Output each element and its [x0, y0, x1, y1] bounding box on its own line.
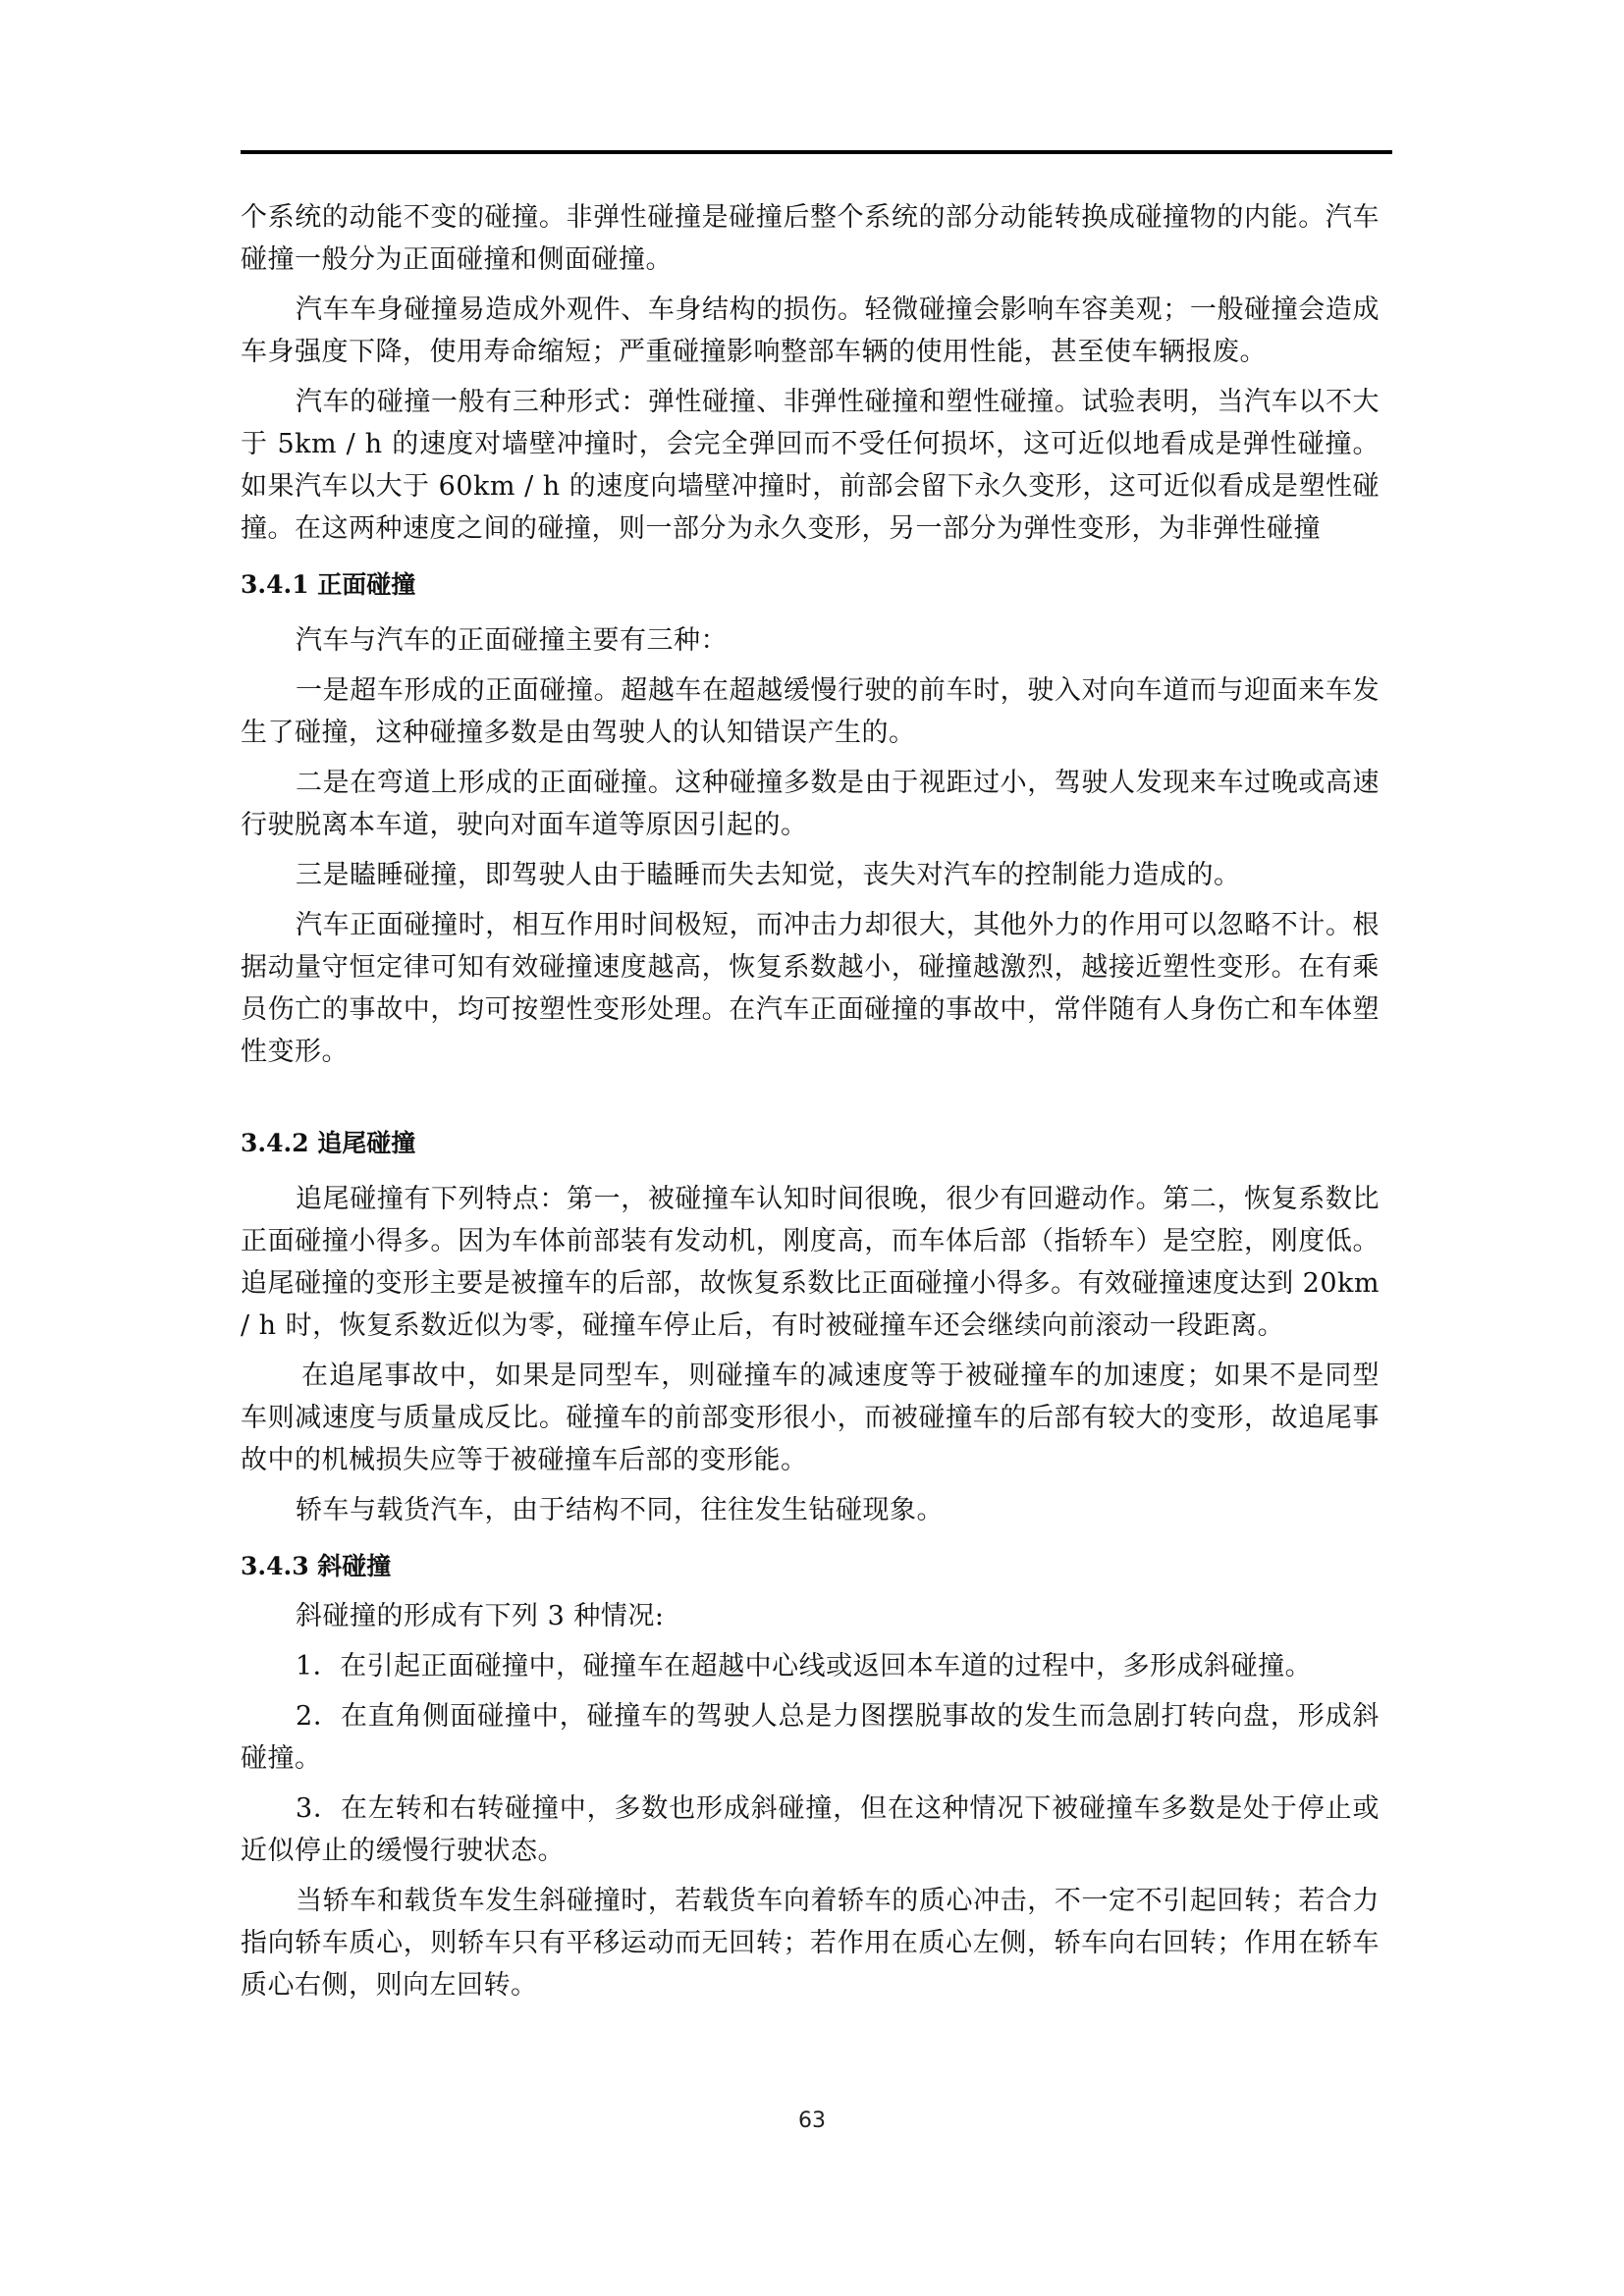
intro-paragraph-1: 个系统的动能不变的碰撞。非弹性碰撞是碰撞后整个系统的部分动能转换成碰撞物的内能。… — [241, 196, 1380, 281]
rear-end-paragraph-3: 轿车与载货汽车，由于结构不同，往往发生钻碰现象。 — [241, 1489, 1380, 1531]
frontal-paragraph-5: 汽车正面碰撞时，相互作用时间极短，而冲击力却很大，其他外力的作用可以忽略不计。根… — [241, 904, 1380, 1073]
section-heading-rear-end-collision: 3.4.2 追尾碰撞 — [241, 1122, 1380, 1164]
frontal-paragraph-3: 二是在弯道上形成的正面碰撞。这种碰撞多数是由于视距过小，驾驶人发现来车过晚或高速… — [241, 762, 1380, 846]
page-body: 个系统的动能不变的碰撞。非弹性碰撞是碰撞后整个系统的部分动能转换成碰撞物的内能。… — [241, 196, 1380, 2006]
frontal-paragraph-2: 一是超车形成的正面碰撞。超越车在超越缓慢行驶的前车时，驶入对向车道而与迎面来车发… — [241, 669, 1380, 754]
intro-paragraph-3: 汽车的碰撞一般有三种形式：弹性碰撞、非弹性碰撞和塑性碰撞。试验表明，当汽车以不大… — [241, 381, 1380, 550]
intro-paragraph-2: 汽车车身碰撞易造成外观件、车身结构的损伤。轻微碰撞会影响车容美观；一般碰撞会造成… — [241, 289, 1380, 373]
section-heading-oblique-collision: 3.4.3 斜碰撞 — [241, 1545, 1380, 1587]
frontal-paragraph-4: 三是瞌睡碰撞，即驾驶人由于瞌睡而失去知觉，丧失对汽车的控制能力造成的。 — [241, 854, 1380, 896]
frontal-paragraph-1: 汽车与汽车的正面碰撞主要有三种： — [241, 619, 1380, 662]
oblique-item-3: 3．在左转和右转碰撞中，多数也形成斜碰撞，但在这种情况下被碰撞车多数是处于停止或… — [241, 1788, 1380, 1872]
oblique-item-2: 2．在直角侧面碰撞中，碰撞车的驾驶人总是力图摆脱事故的发生而急剧打转向盘，形成斜… — [241, 1695, 1380, 1780]
page-number: 63 — [0, 2109, 1624, 2133]
header-rule — [241, 150, 1392, 154]
oblique-paragraph-5: 当轿车和载货车发生斜碰撞时，若载货车向着轿车的质心冲击，不一定不引起回转；若合力… — [241, 1880, 1380, 2006]
section-heading-frontal-collision: 3.4.1 正面碰撞 — [241, 563, 1380, 606]
rear-end-paragraph-1: 追尾碰撞有下列特点：第一，被碰撞车认知时间很晚，很少有回避动作。第二，恢复系数比… — [241, 1178, 1380, 1347]
rear-end-paragraph-2: 在追尾事故中，如果是同型车，则碰撞车的减速度等于被碰撞车的加速度；如果不是同型车… — [241, 1355, 1380, 1481]
oblique-item-1: 1．在引起正面碰撞中，碰撞车在超越中心线或返回本车道的过程中，多形成斜碰撞。 — [241, 1645, 1380, 1687]
oblique-paragraph-1: 斜碰撞的形成有下列 3 种情况: — [241, 1595, 1380, 1637]
